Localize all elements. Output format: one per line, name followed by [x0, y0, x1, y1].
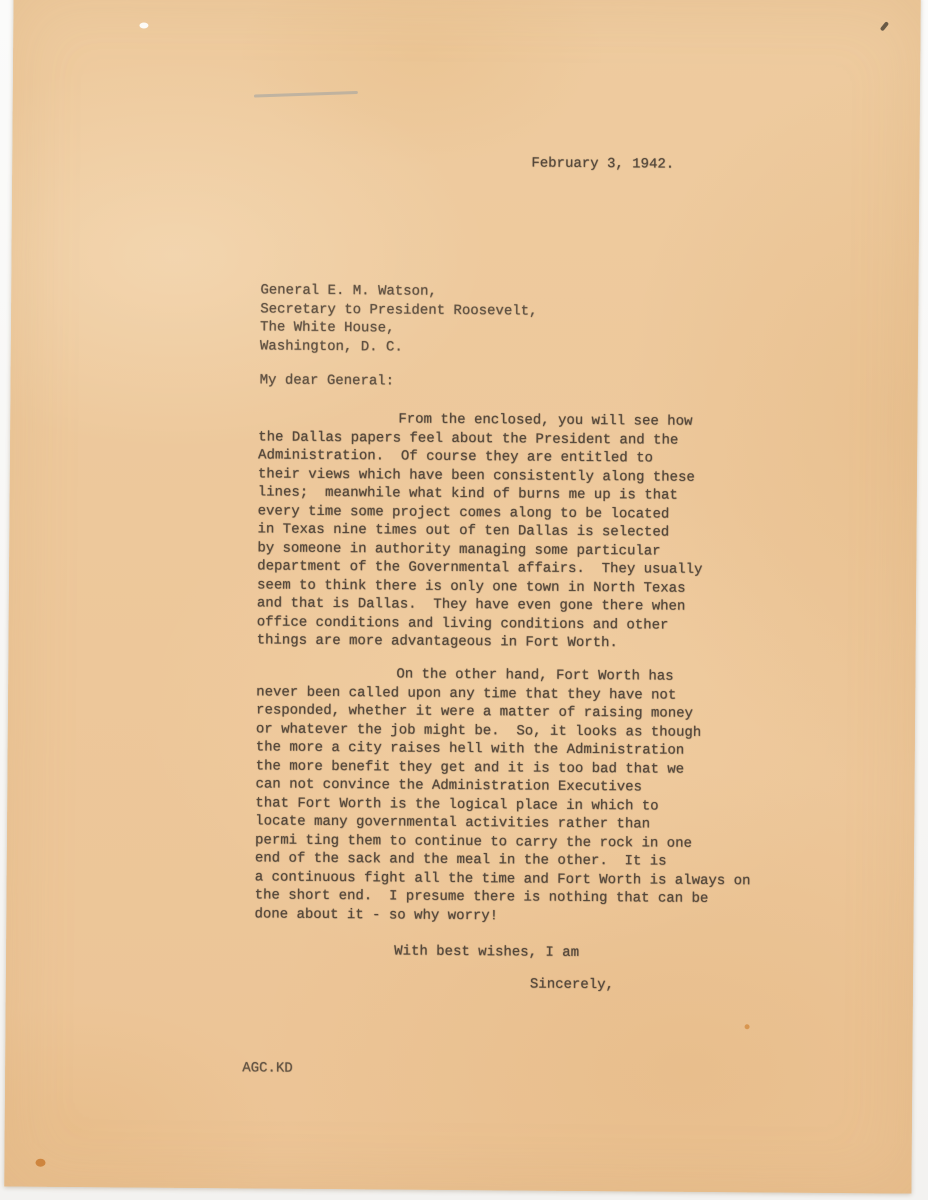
letter-date: February 3, 1942.	[531, 155, 674, 175]
letter-page: February 3, 1942. General E. M. Watson, …	[4, 0, 920, 1194]
paper-speck	[139, 22, 148, 28]
reference-initials: AGC.KD	[242, 1059, 293, 1078]
body-paragraph-2: On the other hand, Fort Worth has never …	[254, 664, 796, 927]
signature-line: Sincerely,	[530, 976, 614, 995]
recipient-address: General E. M. Watson, Secretary to Presi…	[260, 281, 538, 357]
pencil-mark	[254, 91, 358, 98]
paper-stain	[35, 1159, 45, 1167]
body-paragraph-1: From the enclosed, you will see how the …	[257, 409, 799, 654]
salutation: My dear General:	[260, 371, 395, 391]
paper-speck	[880, 21, 889, 31]
paper-stain	[745, 1024, 750, 1029]
closing-line: With best wishes, I am	[394, 942, 579, 962]
scan-background: February 3, 1942. General E. M. Watson, …	[0, 0, 928, 1200]
